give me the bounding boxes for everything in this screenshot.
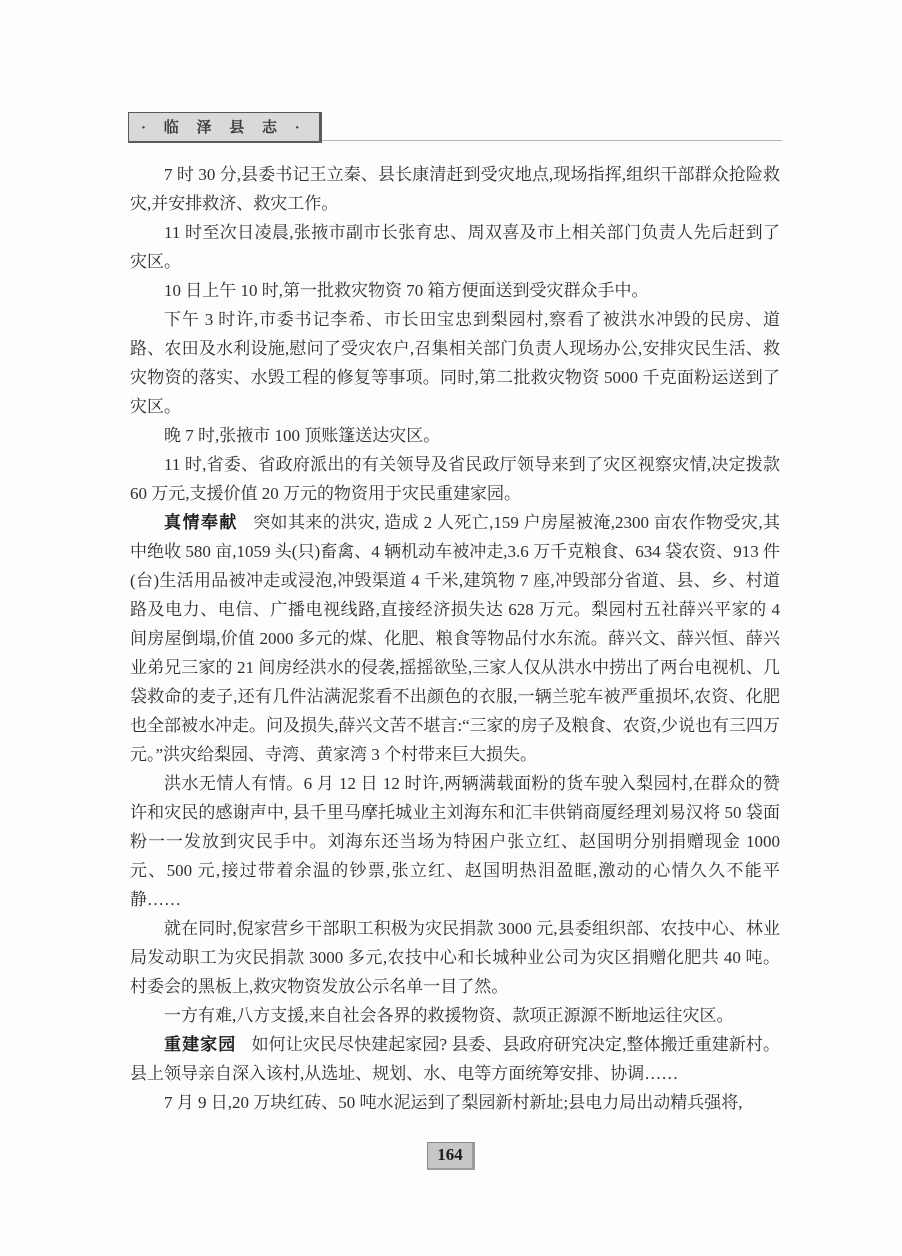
paragraph: 就在同时,倪家营乡干部职工积极为灾民捐款 3000 元,县委组织部、农技中心、林… bbox=[130, 914, 780, 1001]
paragraph: 7 月 9 日,20 万块红砖、50 吨水泥运到了梨园新村新址;县电力局出动精兵… bbox=[130, 1088, 780, 1117]
paragraph: 洪水无情人有情。6 月 12 日 12 时许,两辆满载面粉的货车驶入梨园村,在群… bbox=[130, 769, 780, 914]
page-body: 7 时 30 分,县委书记王立秦、县长康清赶到受灾地点,现场指挥,组织干部群众抢… bbox=[130, 160, 780, 1117]
paragraph: 真情奉献突如其来的洪灾, 造成 2 人死亡,159 户房屋被淹,2300 亩农作… bbox=[130, 508, 780, 769]
paragraph: 11 时至次日凌晨,张掖市副市长张育忠、周双喜及市上相关部门负责人先后赶到了灾区… bbox=[130, 218, 780, 276]
paragraph-text: 一方有难,八方支援,来自社会各界的救援物资、款项正源源不断地运往灾区。 bbox=[164, 1006, 734, 1025]
paragraph-text: 突如其来的洪灾, 造成 2 人死亡,159 户房屋被淹,2300 亩农作物受灾,… bbox=[130, 513, 780, 764]
section-heading: 真情奉献 bbox=[164, 513, 238, 532]
paragraph: 下午 3 时许,市委书记李希、市长田宝忠到梨园村,察看了被洪水冲毁的民房、道路、… bbox=[130, 305, 780, 421]
paragraph-text: 下午 3 时许,市委书记李希、市长田宝忠到梨园村,察看了被洪水冲毁的民房、道路、… bbox=[130, 310, 780, 416]
paragraph-text: 7 时 30 分,县委书记王立秦、县长康清赶到受灾地点,现场指挥,组织干部群众抢… bbox=[130, 165, 780, 213]
paragraph: 晚 7 时,张掖市 100 顶账篷送达灾区。 bbox=[130, 421, 780, 450]
paragraph-text: 洪水无情人有情。6 月 12 日 12 时许,两辆满载面粉的货车驶入梨园村,在群… bbox=[130, 774, 780, 909]
page-number-box: 164 bbox=[427, 1142, 475, 1170]
paragraph-text: 就在同时,倪家营乡干部职工积极为灾民捐款 3000 元,县委组织部、农技中心、林… bbox=[130, 919, 780, 996]
paragraph-text: 11 时至次日凌晨,张掖市副市长张育忠、周双喜及市上相关部门负责人先后赶到了灾区… bbox=[130, 223, 780, 271]
paragraph: 重建家园如何让灾民尽快建起家园? 县委、县政府研究决定,整体搬迁重建新村。县上领… bbox=[130, 1030, 780, 1088]
scanned-book-page: · 临 泽 县 志 · 7 时 30 分,县委书记王立秦、县长康清赶到受灾地点,… bbox=[0, 0, 902, 1256]
page-footer: 164 bbox=[0, 1142, 902, 1170]
book-title-box: · 临 泽 县 志 · bbox=[128, 112, 322, 143]
paragraph-text: 晚 7 时,张掖市 100 顶账篷送达灾区。 bbox=[164, 426, 440, 445]
section-heading: 重建家园 bbox=[164, 1035, 236, 1054]
paragraph-text: 7 月 9 日,20 万块红砖、50 吨水泥运到了梨园新村新址;县电力局出动精兵… bbox=[164, 1093, 742, 1112]
paragraph: 一方有难,八方支援,来自社会各界的救援物资、款项正源源不断地运往灾区。 bbox=[130, 1001, 780, 1030]
book-title: · 临 泽 县 志 · bbox=[141, 120, 307, 136]
paragraph-text: 11 时,省委、省政府派出的有关领导及省民政厅领导来到了灾区视察灾情,决定拨款 … bbox=[130, 455, 780, 503]
paragraph: 7 时 30 分,县委书记王立秦、县长康清赶到受灾地点,现场指挥,组织干部群众抢… bbox=[130, 160, 780, 218]
paragraph: 10 日上午 10 时,第一批救灾物资 70 箱方便面送到受灾群众手中。 bbox=[130, 276, 780, 305]
paragraph-text: 10 日上午 10 时,第一批救灾物资 70 箱方便面送到受灾群众手中。 bbox=[164, 281, 649, 300]
running-head: · 临 泽 县 志 · bbox=[128, 112, 782, 144]
page-number: 164 bbox=[437, 1145, 463, 1164]
paragraph: 11 时,省委、省政府派出的有关领导及省民政厅领导来到了灾区视察灾情,决定拨款 … bbox=[130, 450, 780, 508]
